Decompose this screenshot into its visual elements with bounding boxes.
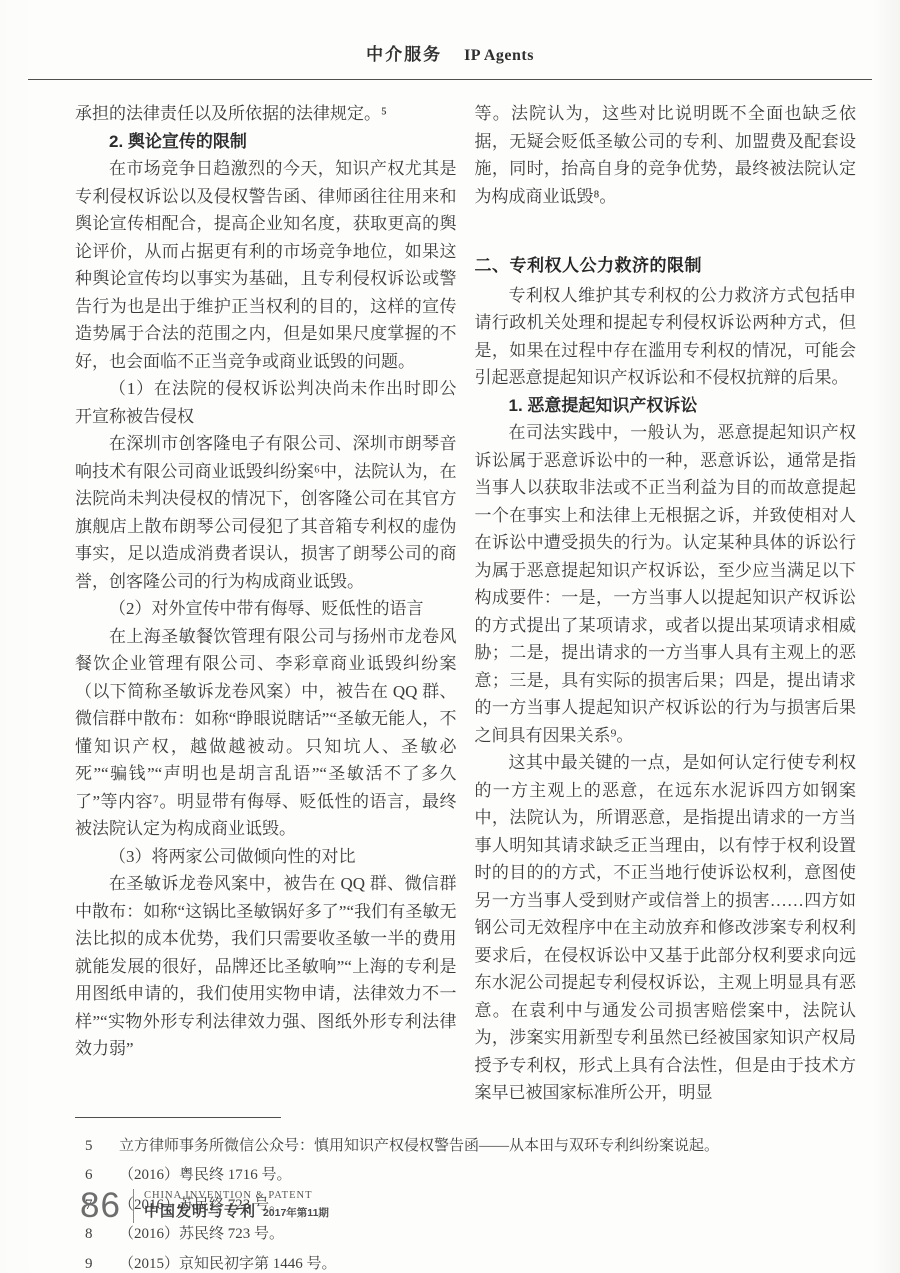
paragraph: 这其中最关键的一点，是如何认定行使专利权的一方主观上的恶意，在远东水泥诉四方如钢… [475,749,857,1107]
item-heading-2: （2）对外宣传中带有侮辱、贬低性的语言 [75,595,457,623]
header-category-zh: 中介服务 [366,45,442,64]
section-heading-2: 二、专利权人公力救济的限制 [475,252,857,280]
footnote-text: （2016）苏民终 723 号。 [119,1220,856,1250]
page-number: 86 [80,1188,121,1223]
footnote-text: 立方律师事务所微信公众号：慎用知识产权侵权警告函——从本田与双环专利纠纷案说起。 [119,1132,856,1162]
footnote-6: 6 （2016）粤民终 1716 号。 [85,1161,856,1191]
footnote-8: 8 （2016）苏民终 723 号。 [85,1220,856,1250]
item-heading-3: （3）将两家公司做倾向性的对比 [75,843,457,871]
paragraph-continuation: 等。法院认为，这些对比说明既不全面也缺乏依据，无疑会贬低圣敏公司的专利、加盟费及… [475,100,857,210]
paragraph: 在上海圣敏餐饮管理有限公司与扬州市龙卷风餐饮企业管理有限公司、李彩章商业诋毁纠纷… [75,623,457,843]
footnote-5: 5 立方律师事务所微信公众号：慎用知识产权侵权警告函——从本田与双环专利纠纷案说… [85,1132,856,1162]
subsection-heading-1: 1. 恶意提起知识产权诉讼 [475,392,857,420]
right-column: 等。法院认为，这些对比说明既不全面也缺乏依据，无疑会贬低圣敏公司的专利、加盟费及… [475,100,857,1107]
journal-name-zh: 中国发明与专利 [144,1203,256,1221]
left-column: 承担的法律责任以及所依据的法律规定。⁵ 2. 舆论宣传的限制 在市场竞争日趋激烈… [75,100,457,1107]
journal-page: 中介服务IP Agents 承担的法律责任以及所依据的法律规定。⁵ 2. 舆论宣… [0,0,900,1273]
journal-name-en: CHINA INVENTION & PATENT [144,1189,329,1203]
paragraph: 在司法实践中，一般认为，恶意提起知识产权诉讼属于恶意诉讼中的一种，恶意诉讼，通常… [475,419,857,749]
item-heading-1: （1）在法院的侵权诉讼判决尚未作出时即公开宣称被告侵权 [75,375,457,430]
subsection-heading-2: 2. 舆论宣传的限制 [75,128,457,156]
footnote-number: 9 [85,1250,119,1273]
article-body: 承担的法律责任以及所依据的法律规定。⁵ 2. 舆论宣传的限制 在市场竞争日趋激烈… [0,80,900,1107]
footnote-9: 9 （2015）京知民初字第 1446 号。 [85,1250,856,1273]
footer-divider [133,1189,134,1223]
header-category-en: IP Agents [464,47,534,64]
footnote-text: （2015）京知民初字第 1446 号。 [119,1250,856,1273]
journal-issue: 2017年第11期 [263,1204,329,1222]
page-footer: 86 CHINA INVENTION & PATENT 中国发明与专利 2017… [80,1188,329,1223]
footnote-text: （2016）粤民终 1716 号。 [119,1161,856,1191]
paragraph: 专利权人维护其专利权的公力救济方式包括申请行政机关处理和提起专利侵权诉讼两种方式… [475,282,857,392]
footnote-number: 5 [85,1132,119,1162]
journal-info: CHINA INVENTION & PATENT 中国发明与专利 2017年第1… [144,1189,329,1222]
page-header: 中介服务IP Agents [28,0,872,80]
paragraph: 在圣敏诉龙卷风案中，被告在 QQ 群、微信群中散布：如称“这锅比圣敏锅好多了”“… [75,870,457,1063]
paragraph: 在深圳市创客隆电子有限公司、深圳市朗琴音响技术有限公司商业诋毁纠纷案⁶中，法院认… [75,430,457,595]
paragraph: 在市场竞争日趋激烈的今天，知识产权尤其是专利侵权诉讼以及侵权警告函、律师函往往用… [75,155,457,375]
paragraph-continuation: 承担的法律责任以及所依据的法律规定。⁵ [75,100,457,128]
footnote-separator [75,1117,281,1118]
